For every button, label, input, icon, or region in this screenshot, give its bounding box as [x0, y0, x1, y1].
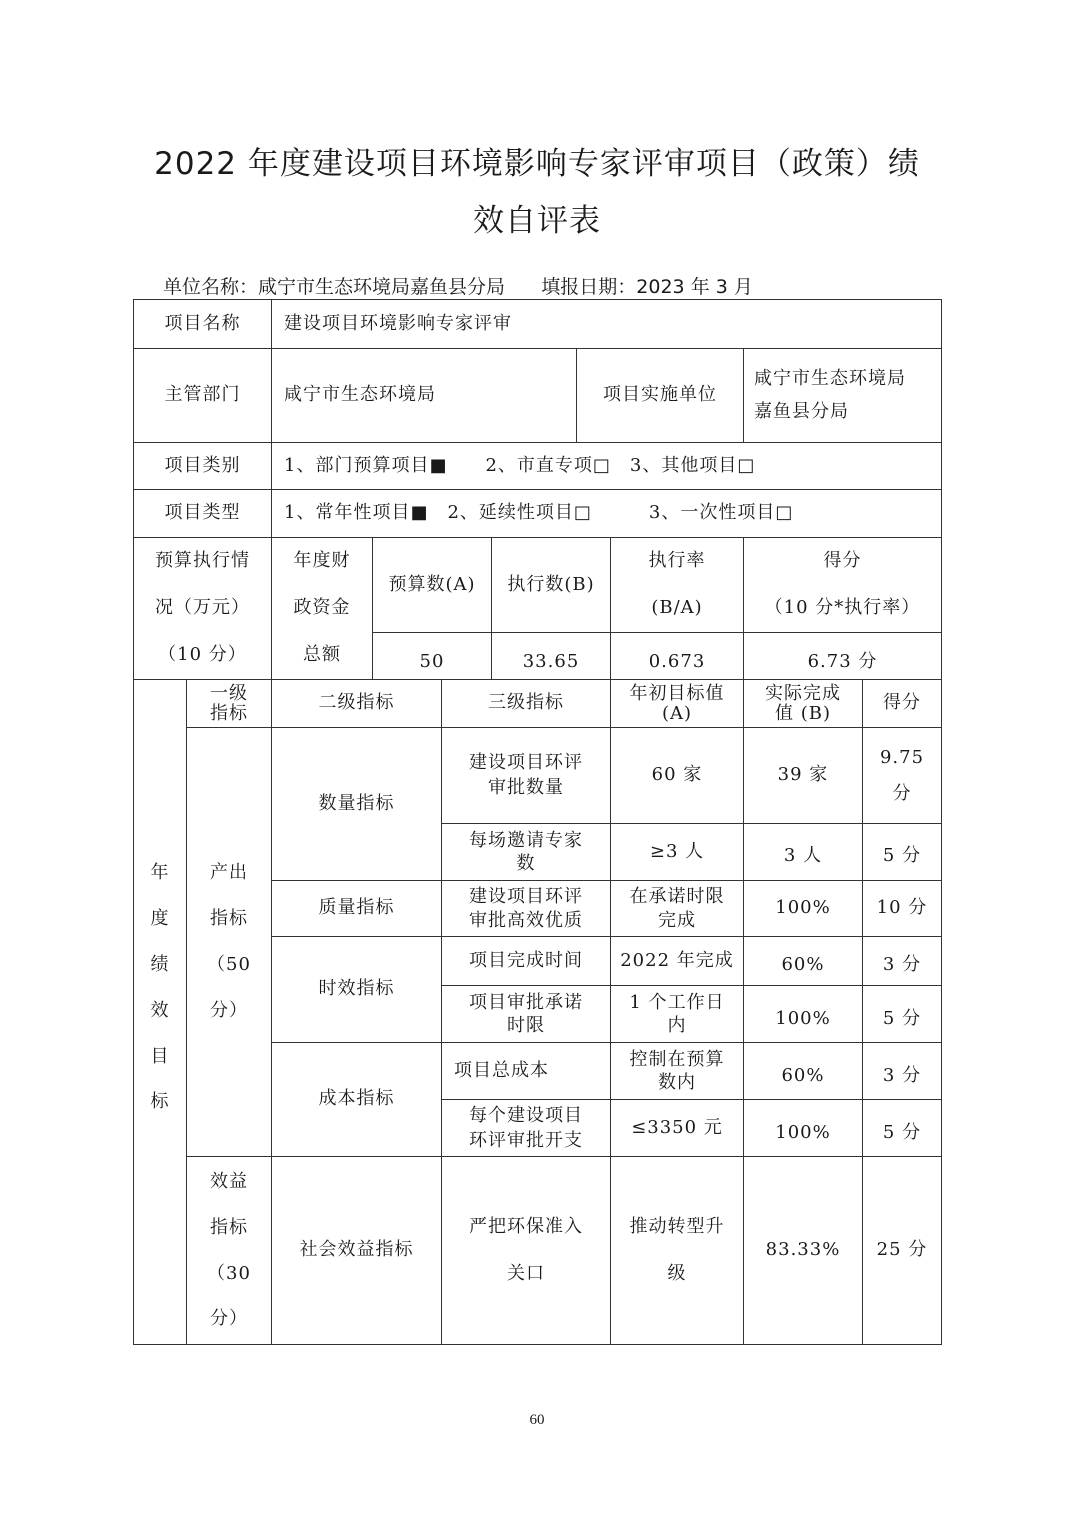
- unit-label: 单位名称：: [163, 276, 258, 298]
- score-value: 6.73 分: [743, 632, 942, 680]
- row7-actual: 83.33%: [743, 1156, 863, 1345]
- row2-actual: 100%: [743, 880, 863, 937]
- dept-value: 咸宁市生态环境局: [271, 348, 577, 443]
- row2-target: 在承诺时限 完成: [610, 880, 744, 937]
- level2-timeliness: 时效指标: [271, 936, 442, 1043]
- header-level1: 一级 指标: [186, 679, 272, 728]
- type-value: 1、常年性项目■ 2、延续性项目□ 3、一次性项目□: [271, 489, 942, 538]
- level2-cost: 成本指标: [271, 1042, 442, 1157]
- row0-level3: 建设项目环评 审批数量: [441, 727, 611, 824]
- level2-social: 社会效益指标: [271, 1156, 442, 1345]
- row0-target: 60 家: [610, 727, 744, 824]
- row6-actual: 100%: [743, 1099, 863, 1157]
- rate-header: 执行率 (B/A): [610, 537, 744, 633]
- row1-level3: 每场邀请专家 数: [441, 823, 611, 881]
- budget-header: 预算数(A): [372, 537, 492, 633]
- row3-level3: 项目完成时间: [441, 936, 611, 986]
- impl-unit-value: 咸宁市生态环境局 嘉鱼县分局: [743, 348, 942, 443]
- section-label-annual-goals: 年 度 绩 效 目 标: [133, 679, 187, 1345]
- score-header: 得分 （10 分*执行率）: [743, 537, 942, 633]
- row1-score: 5 分: [862, 823, 942, 881]
- page-number: 60: [0, 1412, 1074, 1429]
- group-output: 产出 指标 （50 分）: [186, 727, 272, 1157]
- row4-score: 5 分: [862, 985, 942, 1043]
- category-label: 项目类别: [133, 442, 272, 490]
- row5-level3: 项目总成本: [441, 1042, 611, 1100]
- header-level2: 二级指标: [271, 679, 442, 728]
- row4-level3: 项目审批承诺 时限: [441, 985, 611, 1043]
- impl-unit-label: 项目实施单位: [576, 348, 744, 443]
- header-target: 年初目标值 (A): [610, 679, 744, 728]
- row2-level3: 建设项目环评 审批高效优质: [441, 880, 611, 937]
- row3-score: 3 分: [862, 936, 942, 986]
- row7-target: 推动转型升 级: [610, 1156, 744, 1345]
- row6-level3: 每个建设项目 环评审批开支: [441, 1099, 611, 1157]
- header-score: 得分: [862, 679, 942, 728]
- fund-label: 年度财 政资金 总额: [271, 537, 373, 680]
- row5-target: 控制在预算 数内: [610, 1042, 744, 1100]
- category-value: 1、部门预算项目■ 2、市直专项□ 3、其他项目□: [271, 442, 942, 490]
- date-value: 2023 年 3 月: [636, 276, 753, 298]
- type-label: 项目类型: [133, 489, 272, 538]
- row4-target: 1 个工作日 内: [610, 985, 744, 1043]
- executed-header: 执行数(B): [491, 537, 611, 633]
- project-name-label: 项目名称: [133, 299, 272, 349]
- row7-level3: 严把环保准入 关口: [441, 1156, 611, 1345]
- project-name-value: 建设项目环境影响专家评审: [271, 299, 942, 349]
- row1-target: ≥3 人: [610, 823, 744, 881]
- unit-value: 咸宁市生态环境局嘉鱼县分局: [258, 276, 505, 298]
- row0-actual: 39 家: [743, 727, 863, 824]
- level2-quality: 质量指标: [271, 880, 442, 937]
- budget-label: 预算执行情 况（万元） （10 分）: [133, 537, 272, 680]
- row0-score: 9.75 分: [862, 727, 942, 824]
- budget-value: 50: [372, 632, 492, 680]
- group-benefit: 效益 指标 （30 分）: [186, 1156, 272, 1345]
- dept-label: 主管部门: [133, 348, 272, 443]
- document-title-line1: 2022 年度建设项目环境影响专家评审项目（政策）绩: [0, 138, 1074, 183]
- rate-value: 0.673: [610, 632, 744, 680]
- level2-quantity: 数量指标: [271, 727, 442, 881]
- meta-line: 单位名称：咸宁市生态环境局嘉鱼县分局 填报日期：2023 年 3 月: [163, 272, 753, 299]
- row4-actual: 100%: [743, 985, 863, 1043]
- header-level3: 三级指标: [441, 679, 611, 728]
- row2-score: 10 分: [862, 880, 942, 937]
- row5-actual: 60%: [743, 1042, 863, 1100]
- row7-score: 25 分: [862, 1156, 942, 1345]
- date-label: 填报日期：: [541, 276, 636, 298]
- executed-value: 33.65: [491, 632, 611, 680]
- header-actual: 实际完成 值 (B): [743, 679, 863, 728]
- row3-target: 2022 年完成: [610, 936, 744, 986]
- row3-actual: 60%: [743, 936, 863, 986]
- document-title-line2: 效自评表: [0, 195, 1074, 240]
- row1-actual: 3 人: [743, 823, 863, 881]
- row6-target: ≤3350 元: [610, 1099, 744, 1157]
- row6-score: 5 分: [862, 1099, 942, 1157]
- row5-score: 3 分: [862, 1042, 942, 1100]
